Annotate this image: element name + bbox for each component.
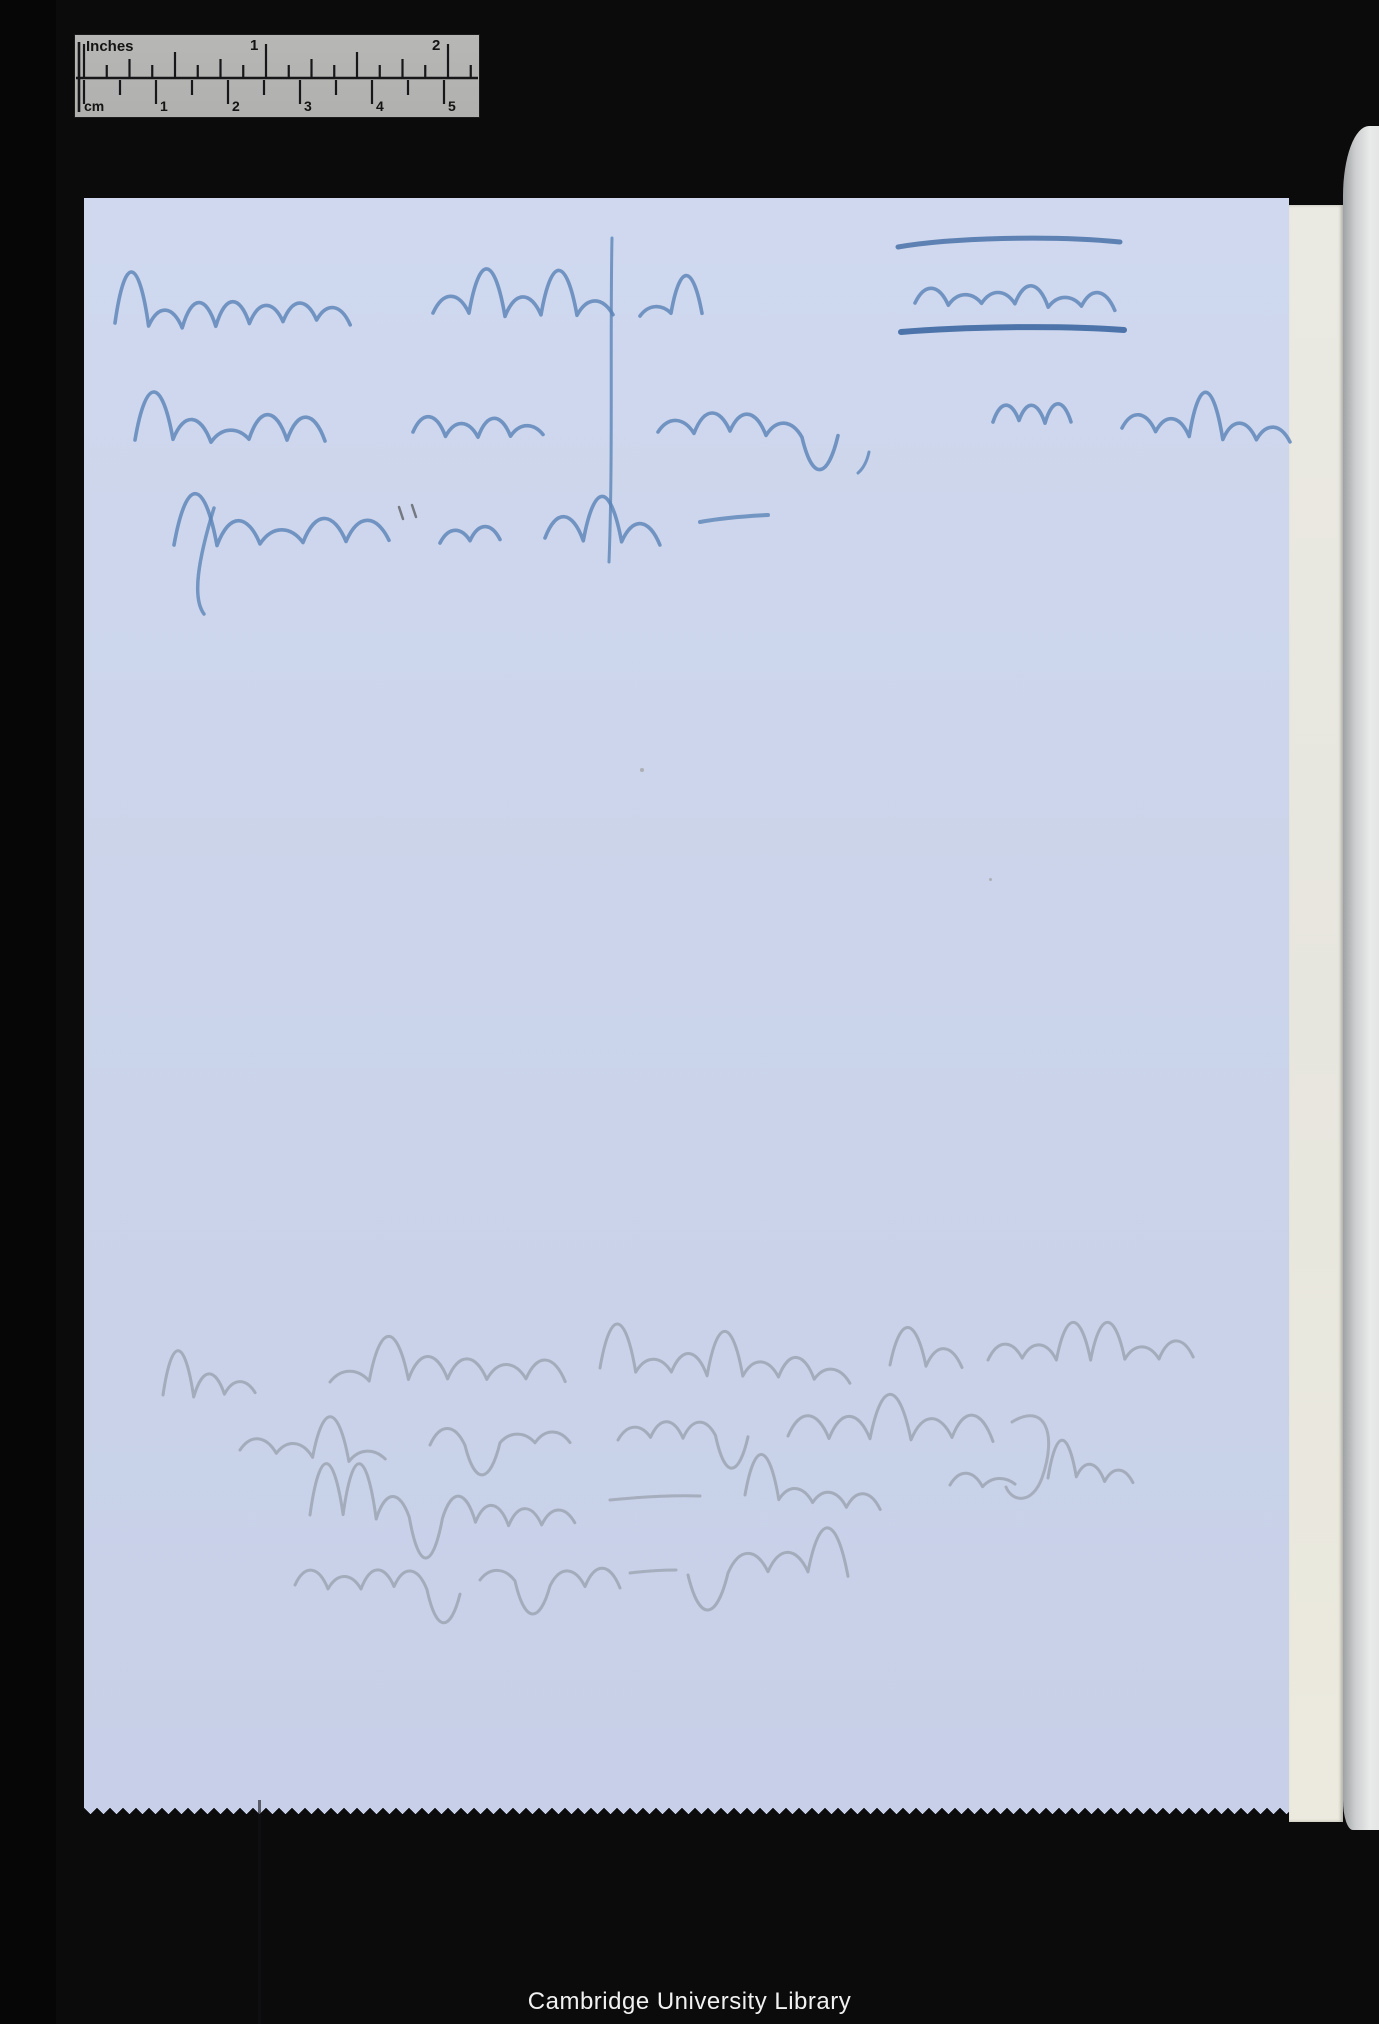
ruler-cm-2-label: 2 [232,98,240,114]
manuscript-page [84,198,1289,1816]
foxing-speck [989,878,992,881]
ruler-ticks [74,34,480,118]
binding-stub [1289,205,1343,1822]
photograph-backdrop: Inches 1 2 cm 1 2 3 4 5 Examine pollen o… [0,0,1379,2024]
ruler-inch-2-label: 2 [432,37,440,54]
ruler-cm-1-label: 1 [160,98,168,114]
foxing-speck [640,768,644,772]
ruler-cm-3-label: 3 [304,98,312,114]
facing-page-edge [1343,126,1379,1830]
ruler-inch-1-label: 1 [250,37,258,54]
measurement-ruler: Inches 1 2 cm 1 2 3 4 5 [74,34,480,118]
ruler-cm-5-label: 5 [448,98,456,114]
ruler-cm-4-label: 4 [376,98,384,114]
library-caption: Cambridge University Library [0,1988,1379,2016]
ruler-cm-label: cm [84,98,104,114]
ruler-inches-label: Inches [86,38,134,55]
